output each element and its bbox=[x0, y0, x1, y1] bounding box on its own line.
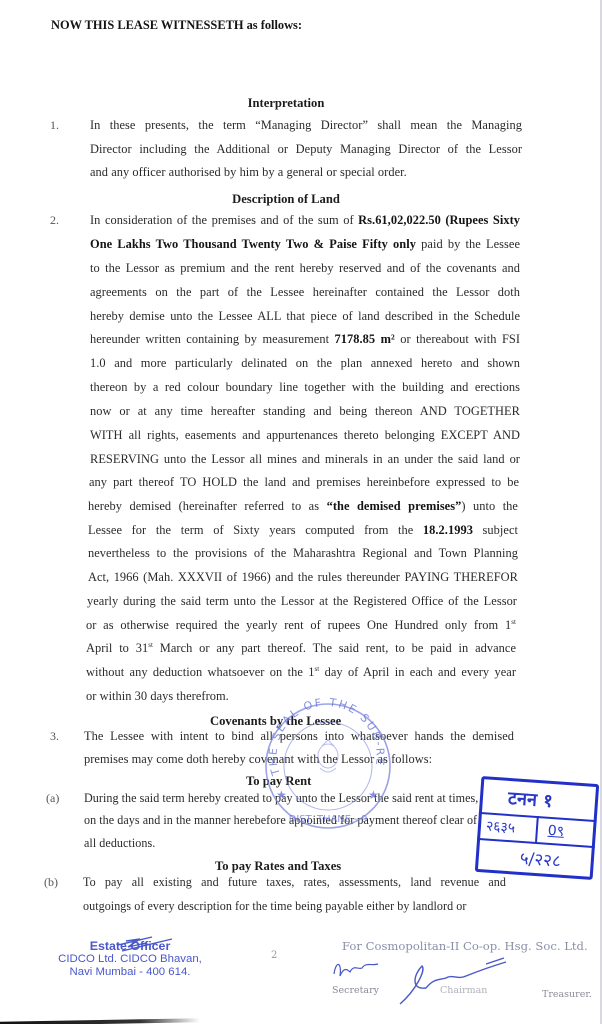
premium-amount-words: One Lakhs Two Thousand Twenty Two & Pais… bbox=[90, 237, 416, 251]
text-run: day of April in each and every year bbox=[319, 665, 516, 679]
section-number-b: (b) bbox=[44, 875, 58, 890]
section-2-line-17: yearly during the said term unto the Les… bbox=[87, 594, 517, 609]
text-run: paid by the Lessee bbox=[421, 237, 520, 251]
section-2-line-21: or within 30 days therefrom. bbox=[86, 689, 229, 704]
section-2-line-12: any part thereof TO HOLD the land and pr… bbox=[89, 475, 519, 490]
section-2-line-16: Act, 1966 (Mah. XXXVII of 1966) and the … bbox=[88, 570, 518, 585]
section-number-2: 2. bbox=[50, 213, 59, 228]
text-run: Lessee for the term of Sixty years compu… bbox=[88, 523, 413, 537]
stamp-top-text: टनन १ bbox=[507, 786, 553, 813]
text-run: In consideration of the premises and of … bbox=[90, 213, 354, 227]
estate-officer-stamp: Estate Officer CIDCO Ltd. CIDCO Bhavan, … bbox=[50, 940, 210, 979]
section-2-line-9: now or at any time hereafter standing an… bbox=[90, 404, 520, 419]
text-run: subject bbox=[483, 523, 518, 537]
registration-stamp: टनन १ २६३५ 0९ ५/२२८ bbox=[475, 776, 599, 880]
officer-title: Estate Officer bbox=[50, 940, 210, 953]
premium-amount: Rs.61,02,022.50 (Rupees Sixty bbox=[358, 213, 520, 227]
section-2-line-7: 1.0 and more particularly delinated on t… bbox=[90, 356, 520, 371]
ordinal-suffix: st bbox=[511, 618, 516, 626]
text-run: without any deduction whatsoever on the … bbox=[86, 665, 314, 679]
section-2-line-5: hereby demise unto the Lessee ALL that p… bbox=[90, 309, 520, 324]
text-run: ) unto the bbox=[461, 499, 518, 513]
section-b-line-1: To pay all existing and future taxes, ra… bbox=[83, 875, 506, 890]
section-1-line-3: and any officer authorised by him by a g… bbox=[90, 165, 407, 180]
text-run: hereby demised (hereinafter referred to … bbox=[88, 499, 319, 513]
stamp-bottom-text: ५/२२८ bbox=[519, 846, 562, 872]
svg-text:★: ★ bbox=[368, 788, 379, 802]
svg-text:★: ★ bbox=[276, 788, 287, 802]
section-a-line-3: all deductions. bbox=[84, 836, 155, 851]
officer-address-line-1: CIDCO Ltd. CIDCO Bhavan, bbox=[50, 953, 210, 966]
page-number: 2 bbox=[271, 950, 277, 961]
land-area: 7178.85 m² bbox=[335, 332, 395, 346]
section-2-line-1: In consideration of the premises and of … bbox=[90, 213, 520, 228]
svg-text:DIST. THANE - 9: DIST. THANE - 9 bbox=[289, 814, 368, 825]
section-number-1: 1. bbox=[50, 118, 59, 133]
stamp-right-text: 0९ bbox=[547, 821, 564, 841]
section-2-line-19: April to 31st March or any part thereof.… bbox=[86, 641, 516, 656]
officer-address-line-2: Navi Mumbai - 400 614. bbox=[50, 966, 210, 979]
section-2-line-6: hereunder written containing by measurem… bbox=[90, 332, 520, 347]
section-number-3: 3. bbox=[50, 729, 59, 744]
stamp-left-text: २६३५ bbox=[485, 816, 515, 837]
lease-start-date: 18.2.1993 bbox=[423, 523, 473, 537]
section-2-line-11: RESERVING unto the Lessor all mines and … bbox=[90, 452, 520, 467]
section-2-line-20: without any deduction whatsoever on the … bbox=[86, 665, 516, 680]
lease-intro: NOW THIS LEASE WITNESSETH as follows: bbox=[51, 18, 302, 33]
defined-term: “the demised premises” bbox=[327, 499, 462, 513]
sub-registrar-seal-icon: THE SEAL OF THE SUB-REGISTRAR ★ ★ DIST. … bbox=[258, 694, 398, 834]
section-2-line-13: hereby demised (hereinafter referred to … bbox=[88, 499, 518, 514]
heading-interpretation: Interpretation bbox=[0, 96, 572, 111]
chairman-signature-icon bbox=[396, 950, 526, 1008]
secretary-signature-icon bbox=[328, 956, 388, 982]
text-run: or thereabout with FSI bbox=[400, 332, 520, 346]
heading-to-pay-rates: To pay Rates and Taxes bbox=[215, 859, 341, 874]
secretary-label: Secretary bbox=[332, 985, 379, 996]
section-2-line-15: nevertheless to the provisions of the Ma… bbox=[88, 546, 518, 561]
section-number-a: (a) bbox=[46, 791, 59, 806]
section-1-line-1: In these presents, the term “Managing Di… bbox=[90, 118, 522, 133]
section-2-line-8: thereon by a red colour boundary line to… bbox=[90, 380, 520, 395]
section-2-line-18: or as otherwise required the yearly rent… bbox=[86, 618, 516, 633]
scan-edge-shadow bbox=[0, 1018, 200, 1024]
section-2-line-3: to the Lessor as premium and the rent he… bbox=[90, 261, 520, 276]
text-run: April to 31 bbox=[86, 641, 148, 655]
heading-description-of-land: Description of Land bbox=[0, 192, 572, 207]
section-1-line-2: Director including the Additional or Dep… bbox=[90, 142, 522, 157]
treasurer-label: Treasurer. bbox=[542, 989, 592, 1000]
section-2-line-2: One Lakhs Two Thousand Twenty Two & Pais… bbox=[90, 237, 520, 252]
section-2-line-14: Lessee for the term of Sixty years compu… bbox=[88, 523, 518, 538]
text-run: March or any part thereof. The said rent… bbox=[153, 641, 516, 655]
chairman-label: Chairman bbox=[440, 985, 487, 996]
text-run: hereunder written containing by measurem… bbox=[90, 332, 329, 346]
section-2-line-10: WITH all rights, easements and appurtena… bbox=[90, 428, 520, 443]
section-b-line-2: outgoings of every description for the t… bbox=[83, 899, 466, 914]
text-run: or as otherwise required the yearly rent… bbox=[86, 618, 511, 632]
intro-text: NOW THIS LEASE WITNESSETH as follows: bbox=[51, 18, 302, 32]
section-2-line-4: agreements on the part of the Lessee her… bbox=[90, 285, 520, 300]
